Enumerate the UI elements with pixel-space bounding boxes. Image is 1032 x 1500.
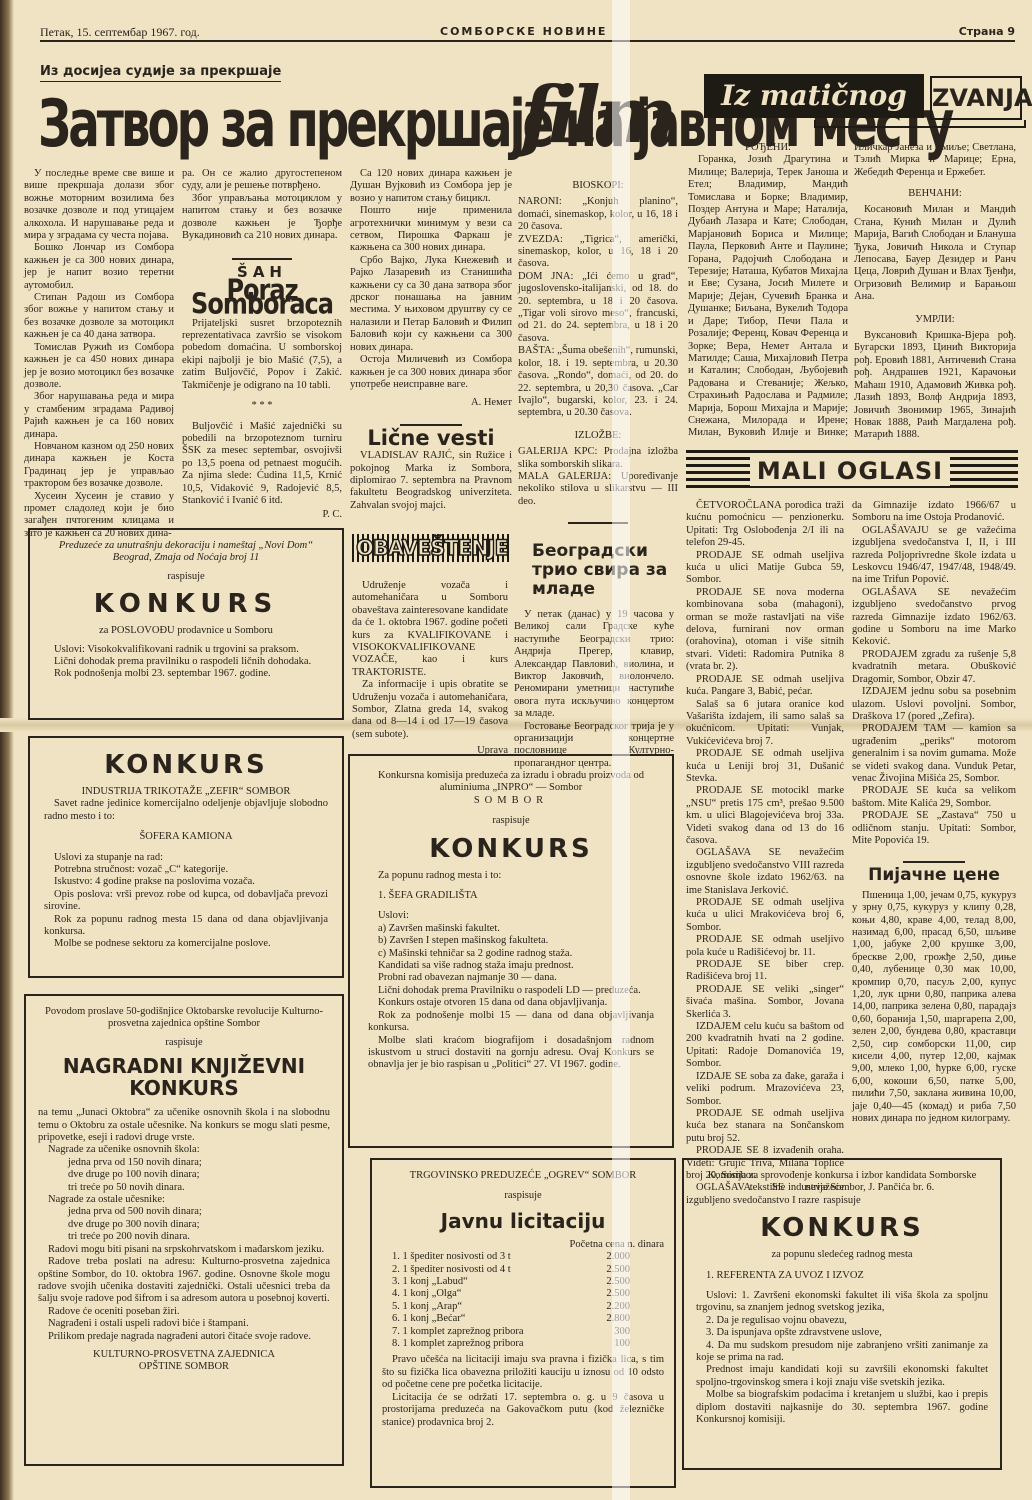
issue-date: Петак, 15. септембар 1967. год. xyxy=(40,25,200,40)
lead-col-3: Са 120 нових динара кажњен је Душан Вујк… xyxy=(350,168,512,512)
page-number: Страна 9 xyxy=(959,25,1015,38)
film-listings: BIOSKOPI: NARONI: „Konjuh planino“, doma… xyxy=(518,180,678,530)
auction-item: 5. 1 konj „Arap“2.200 xyxy=(392,1301,630,1313)
scan-glare xyxy=(612,0,630,1500)
ad-konkurs-zefir: KONKURS INDUSTRIJA TRIKOTAŽE „ZEFIR“ SOM… xyxy=(28,736,344,978)
registry-col-1: РОЂЕНИ: Горанка, Јозић Драгутина и Милиц… xyxy=(688,142,848,440)
auction-item-label: 3. 1 konj „Labud“ xyxy=(392,1276,468,1288)
auction-item: 6. 1 konj „Bećar“2.800 xyxy=(392,1313,630,1325)
notice-drivers: Udruženje vozača i automehaničara u Somb… xyxy=(352,580,508,758)
registry-col-2: Иличкар Јанеза и Смиље; Светлана, Тэлић … xyxy=(854,142,1016,442)
auction-item: 2. 1 špediter nosivosti od 4 t2.500 xyxy=(392,1264,630,1276)
market-title: Пијачне цене xyxy=(852,869,1016,881)
lead-col-2: ра. Он се жалио другостепеном суду, али … xyxy=(182,168,342,522)
ad-konkurs-textile: Komisija za sprovođenje konkursa i izbor… xyxy=(682,1158,1002,1470)
auction-item: 4. 1 konj „Olga“2.500 xyxy=(392,1288,630,1300)
classifieds-col-1: ČETVOROČLANA porodica traži kućnu pomoćn… xyxy=(686,500,844,1207)
article-kicker: Из досијеа судије за прекршаје xyxy=(40,64,281,82)
film-logo: film xyxy=(520,70,671,161)
classifieds-col-2: da Gimnazije izdato 1966/67 u Somboru na… xyxy=(852,500,1016,1126)
auction-item: 1. 1 špediter nosivosti od 3 t2.000 xyxy=(392,1251,630,1263)
chess-author: P. C. xyxy=(182,509,342,521)
lead-col-1: У последње време све више и више прекрша… xyxy=(24,168,174,540)
auction-item-label: 6. 1 konj „Bećar“ xyxy=(392,1313,465,1325)
chess-title: Poraz Somboraca xyxy=(182,282,342,312)
trio-article: Београдски трио свира за младе У петак (… xyxy=(514,532,674,770)
auction-item-label: 4. 1 konj „Olga“ xyxy=(392,1288,461,1300)
auction-item: 3. 1 konj „Labud“2.500 xyxy=(392,1276,630,1288)
article-author: А. Немет xyxy=(350,397,512,409)
binding-spine xyxy=(0,0,14,1500)
ad-literary-konkurs: Povodom proslave 50-godišnjice Oktobarsk… xyxy=(24,994,344,1466)
auction-item-label: 7. 1 komplet zaprežnog pribora xyxy=(392,1326,524,1338)
auction-item-label: 2. 1 špediter nosivosti od 4 t xyxy=(392,1264,511,1276)
divider xyxy=(232,258,292,260)
auction-item: 8. 1 komplet zaprežnog pribora100 xyxy=(392,1338,630,1350)
classifieds-banner: MALI OGLASI xyxy=(686,450,1018,492)
notice-title: OBAVEŠTENJE xyxy=(352,534,512,562)
ad-konkurs-novi-dom: Preduzeće za unutrašnju dekoraciju i nam… xyxy=(28,528,344,720)
paper-name: СОМБОРСКЕ НОВИНЕ xyxy=(440,25,607,38)
trio-title: Београдски трио свира за младе xyxy=(532,542,674,599)
personal-title: Lične vesti xyxy=(350,432,512,444)
auction-item-label: 8. 1 komplet zaprežnog pribora xyxy=(392,1338,524,1350)
auction-item: 7. 1 komplet zaprežnog pribora300 xyxy=(392,1326,630,1338)
auction-item-label: 1. 1 špediter nosivosti od 3 t xyxy=(392,1251,511,1263)
ad-public-auction: TRGOVINSKO PREDUZEĆE „OGREV“ SOMBOR rasp… xyxy=(370,1158,676,1488)
auction-item-label: 5. 1 konj „Arap“ xyxy=(392,1301,462,1313)
registry-banner: Iz matičnog ZVANJA xyxy=(704,74,1022,124)
running-header: Петак, 15. септембар 1967. год. СОМБОРСК… xyxy=(40,22,1015,42)
